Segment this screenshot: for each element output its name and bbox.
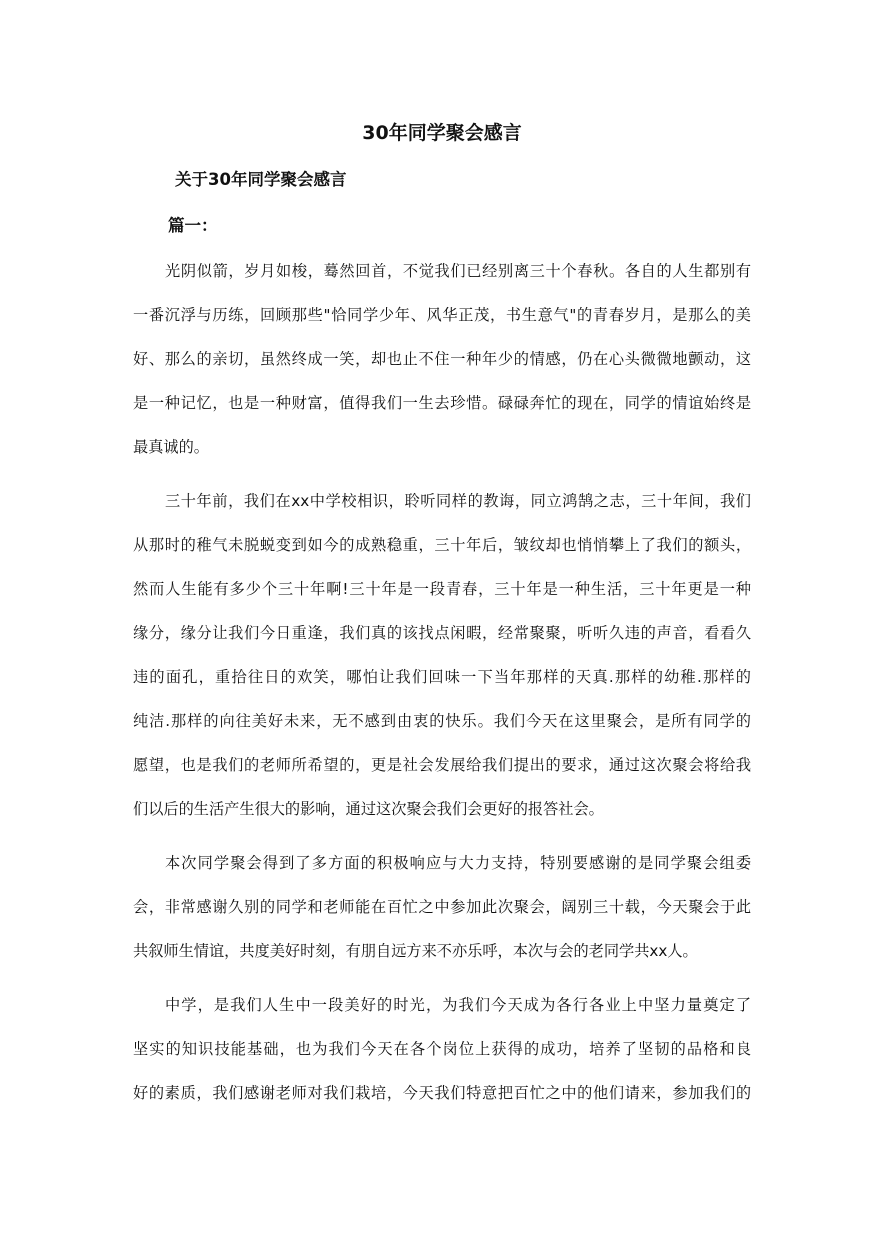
body-text-line: 是一种记忆，也是一种财富，值得我们一生去珍惜。碌碌奔忙的现在，同学的情谊始终是	[133, 392, 751, 414]
body-text-line: 然而人生能有多少个三十年啊!三十年是一段青春，三十年是一种生活，三十年更是一种	[133, 578, 751, 600]
body-text-line: 从那时的稚气未脱蜕变到如今的成熟稳重，三十年后，皱纹却也悄悄攀上了我们的额头，	[133, 534, 751, 556]
body-text-line: 三十年前，我们在xx中学校相识，聆听同样的教诲，同立鸿鹄之志，三十年间，我们	[165, 490, 751, 512]
document-subtitle: 关于30年同学聚会感言	[175, 166, 346, 190]
body-text-line: 纯洁.那样的向往美好未来，无不感到由衷的快乐。我们今天在这里聚会，是所有同学的	[133, 710, 751, 732]
body-text-line: 共叙师生情谊，共度美好时刻，有朋自远方来不亦乐呼，本次与会的老同学共xx人。	[133, 940, 751, 962]
body-text-line: 们以后的生活产生很大的影响，通过这次聚会我们会更好的报答社会。	[133, 798, 751, 820]
body-text-line: 坚实的知识技能基础，也为我们今天在各个岗位上获得的成功，培养了坚韧的品格和良	[133, 1038, 751, 1060]
body-text-line: 好、那么的亲切，虽然终成一笑，却也止不住一种年少的情感，仍在心头微微地颤动，这	[133, 348, 751, 370]
body-text-line: 本次同学聚会得到了多方面的积极响应与大力支持，特别要感谢的是同学聚会组委	[165, 852, 751, 874]
body-text-line: 违的面孔，重拾往日的欢笑，哪怕让我们回味一下当年那样的天真.那样的幼稚.那样的	[133, 666, 751, 688]
body-text-line: 中学，是我们人生中一段美好的时光，为我们今天成为各行各业上中坚力量奠定了	[165, 994, 751, 1016]
document-title: 30年同学聚会感言	[0, 118, 884, 145]
body-text-line: 会，非常感谢久别的同学和老师能在百忙之中参加此次聚会，阔别三十载，今天聚会于此	[133, 896, 751, 918]
body-text-line: 缘分，缘分让我们今日重逢，我们真的该找点闲暇，经常聚聚，听听久违的声音，看看久	[133, 622, 751, 644]
body-text-line: 好的素质，我们感谢老师对我们栽培，今天我们特意把百忙之中的他们请来，参加我们的	[133, 1082, 751, 1104]
section-heading: 篇一：	[168, 212, 218, 236]
body-text-line: 光阴似箭，岁月如梭，蓦然回首，不觉我们已经别离三十个春秋。各自的人生都别有	[165, 260, 751, 282]
document-page: 30年同学聚会感言 关于30年同学聚会感言 篇一： 光阴似箭，岁月如梭，蓦然回首…	[0, 0, 884, 1250]
body-text-line: 一番沉浮与历练，回顾那些"恰同学少年、风华正茂，书生意气"的青春岁月，是那么的美	[133, 304, 751, 326]
body-text-line: 最真诚的。	[133, 436, 751, 458]
body-text-line: 愿望，也是我们的老师所希望的，更是社会发展给我们提出的要求，通过这次聚会将给我	[133, 754, 751, 776]
